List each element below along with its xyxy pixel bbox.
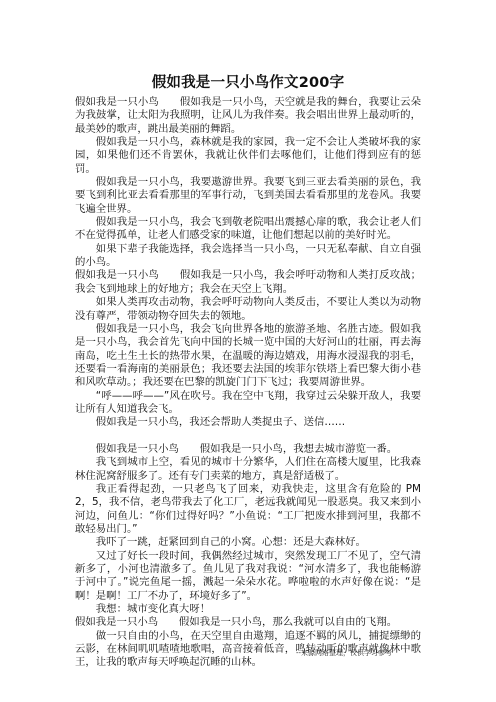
paragraph-10: 假如我是一只小鸟，我还会帮助人类捉虫子、送信…… xyxy=(75,416,421,429)
paragraph-9: “呼——呼——”风在吹号。我在空中飞翔，我穿过云朵躲开敌人，我要让所有人知道我会… xyxy=(75,390,421,417)
paragraph-4: 假如我是一只小鸟，我会飞到敬老院唱出震撼心扉的歌，我会让老人们不在觉得孤单，让老… xyxy=(75,216,421,243)
paragraph-13: 我飞到城市上空，看见的城市十分繁华，人们住在高楼大厦里，比我森林住泥窝舒服多了。… xyxy=(75,456,421,483)
paragraph-5: 如果下辈子我能选择，我会选择当一只小鸟，一只无私奉献、自立自强的小鸟。 xyxy=(75,243,421,270)
paragraph-8: 假如我是一只小鸟，我会飞向世界各地的旅游圣地、名胜古迹。假如我是一只小鸟，我会首… xyxy=(75,323,421,390)
paragraph-16: 又过了好长一段时间，我偶然经过城市，突然发现工厂不见了，空气清新多了，小河也清澈… xyxy=(75,550,421,603)
document-page: 假如我是一只小鸟作文200字 假如我是一只小鸟 假如我是一只小鸟，天空就是我的舞… xyxy=(75,74,421,670)
paragraph-7: 如果人类再攻击动物，我会呼吁动物向人类反击，不要让人类以为动物没有尊严，带领动物… xyxy=(75,296,421,323)
paragraph-3: 假如我是一只小鸟，我要遨游世界。我要飞到三亚去看美丽的景色，我要飞到利比亚去看看… xyxy=(75,176,421,216)
paragraph-2: 假如我是一只小鸟，森林就是我的家园，我一定不会让人类破坏我的家园，如果他们还不肯… xyxy=(75,136,421,176)
paragraph-1: 假如我是一只小鸟 假如我是一只小鸟，天空就是我的舞台，我要让云朵为我鼓掌，让太阳… xyxy=(75,96,421,136)
paragraph-17: 我想：城市变化真大呀！ xyxy=(75,603,421,616)
paragraph-18: 假如我是一只小鸟 假如我是一只小鸟，那么我就可以自由的飞翔。 xyxy=(75,616,421,629)
source-footer: --来源网络整理，仅供学习参考 xyxy=(296,648,392,658)
paragraph-6: 假如我是一只小鸟 假如我是一只小鸟，我会呼吁动物和人类打反攻战；我会飞到地球上的… xyxy=(75,269,421,296)
paragraph-14: 我正看得起劲，一只老鸟飞了回来，劝我快走，这里含有危险的 PM2，5，我不信，老… xyxy=(75,483,421,536)
document-title: 假如我是一只小鸟作文200字 xyxy=(75,74,421,92)
paragraph-15: 我吓了一跳，赶紧回到自己的小窝。心想：还是大森林好。 xyxy=(75,536,421,549)
paragraph-12: 假如我是一只小鸟 假如我是一只小鸟，我想去城市游览一番。 xyxy=(75,443,421,456)
blank-line xyxy=(75,430,421,443)
